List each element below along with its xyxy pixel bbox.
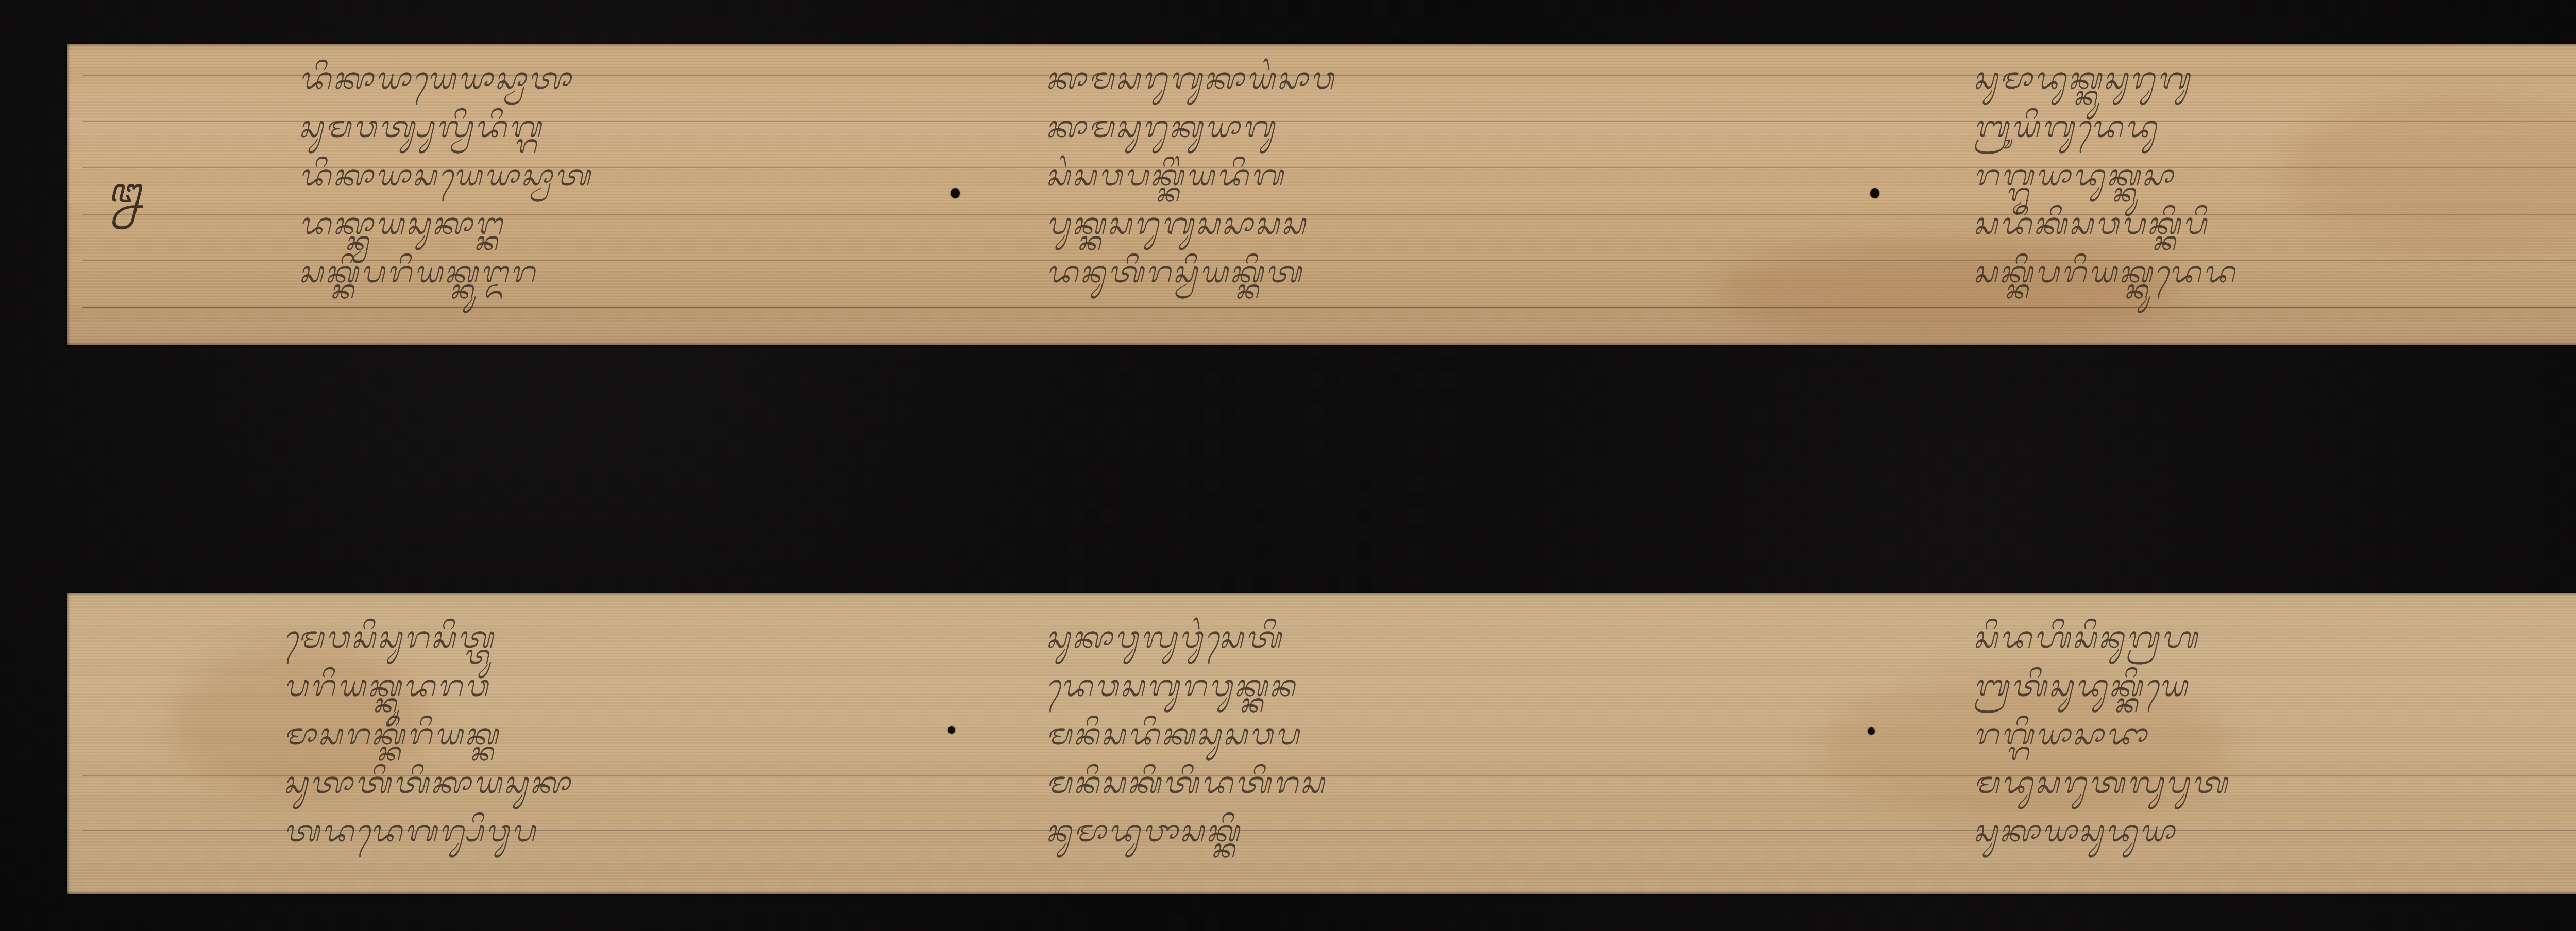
script-line: ᬩ᭄ᬭᬸᬬᬶᬕᬸᬤᬾᬤᬸ [1973, 103, 2237, 151]
script-line: ᬲᬶᬤᬳᬶᬲᬶᬦᬸᬕ᭄ᬭᬳ [1973, 613, 2229, 662]
script-line: ᬓᬵᬫᬲᬸᬭᬸᬓᬸᬬᬵᬕᬸ [1046, 103, 1336, 151]
page-number: ꧒ [108, 165, 141, 232]
text-column-3: ᬲᬶᬤᬳᬶᬲᬶᬦᬸᬕ᭄ᬭᬳ ᬩ᭄ᬭᬢᬶᬲᬸᬤᬸᬓ᭄ᬓᬶᬬᬾ ᬭᬕ᭄ᬕᬶᬬᬵᬲᬵᬤ… [1973, 613, 2229, 855]
text-column-1: ᬫᬾᬯᬲᬶᬲᬸᬭᬲᬶᬢ᭄ᬢᬸ ᬧᬭᬶᬬᬓ᭄ᬓᬸᬤᬭᬯ ᬫᬵᬲᬭᬓ᭄ᬓᬶᬭᬶᬬᬓ᭄… [283, 613, 572, 855]
margin-line [152, 54, 152, 335]
script-line: ᬢᬤᬤᬾᬕᬭ᭄ᬲᬶᬯᬸᬧ [283, 807, 572, 855]
ruled-line [82, 307, 2576, 308]
binding-hole [948, 726, 955, 734]
text-column-2: ᬲᬸᬓᬵᬯᬸᬮᬸᬯᬸᬂᬲᬾᬢᬶ ᬤᬾᬯᬲᬕᬸᬭᬯᬸᬓ᭄ᬓᬦ ᬫᬦᬶᬲᬤᬶᬓᬲᬸᬲ… [1046, 613, 1326, 855]
script-line: ᬤᬶᬓᬵᬬᬵᬲᬬᬾᬬᬵᬲ᭄ᬯᬵᬢ [299, 151, 592, 199]
script-line: ᬲᬸᬓᬵᬯᬸᬮᬸᬯᬸᬂᬲᬾᬢᬶ [1046, 613, 1326, 662]
script-line: ᬲᬂᬲᬯᬧᬓ᭄ᬓᬶᬂᬬᬤᬶᬕ [1046, 151, 1336, 199]
script-line: ᬲᬓ᭄ᬓᬶᬧᬭᬶᬬᬓ᭄ᬓᬸᬤᬾᬤ [1973, 248, 2237, 296]
script-line: ᬫᬾᬯᬲᬶᬲᬸᬭᬲᬶᬢ᭄ᬢᬸ [283, 613, 572, 662]
script-line: ᬲᬓ᭄ᬓᬶᬧᬭᬶᬬᬓ᭄ᬓᬸᬗ᭄ᬤᬭ [299, 248, 592, 296]
script-line: ᬫᬵᬲᬭᬓ᭄ᬓᬶᬭᬶᬬᬓ᭄ᬓ [283, 710, 572, 758]
script-line: ᬫᬦᬶᬲᬤᬶᬓᬲᬸᬲᬯᬧ [1046, 710, 1326, 758]
text-column-2: ᬓᬵᬫᬲᬭᬸᬕᬸᬓᬵᬬᬂᬲᬵᬯ ᬓᬵᬫᬲᬸᬭᬸᬓᬸᬬᬵᬕᬸ ᬲᬂᬲᬯᬧᬓ᭄ᬓᬶᬂ… [1046, 54, 1336, 296]
script-line: ᬫᬤᬸᬲᬭᬸᬢᬮᬸᬧᬸᬢ [1973, 758, 2229, 807]
script-line: ᬤᬶᬓᬵᬬᬵᬬᬾᬬᬵᬲ᭄ᬯᬵᬢᬵ [299, 54, 592, 103]
script-line: ᬦᬸᬫᬵᬤᬸᬯᬵᬲᬓ᭄ᬓᬶ [1046, 807, 1326, 855]
text-column-1: ᬤᬶᬓᬵᬬᬵᬬᬾᬬᬵᬲ᭄ᬯᬵᬢᬵ ᬲᬸᬫᬯᬢ᭄ᬲᬸᬮ᭄ᬯᬶᬤᬶᬕ᭄ᬕ ᬤᬶᬓᬵᬬ… [299, 54, 592, 296]
script-line: ᬫᬦᬶᬲᬓᬶᬢᬶᬤᬢᬶᬭᬲ [1046, 758, 1326, 807]
script-line: ᬩ᭄ᬭᬢᬶᬲᬸᬤᬸᬓ᭄ᬓᬶᬬᬾ [1973, 662, 2229, 710]
binding-hole [1868, 727, 1875, 735]
binding-hole [1870, 188, 1879, 198]
script-line: ᬲᬤᬶᬓᬶᬲᬯᬧᬓ᭄ᬓᬶᬧᬶ [1973, 199, 2237, 248]
script-line: ᬓᬵᬫᬲᬭᬸᬕᬸᬓᬵᬬᬂᬲᬵᬯ [1046, 54, 1336, 103]
binding-hole [951, 188, 960, 198]
script-line: ᬤᬾᬯᬲᬕᬸᬭᬯᬸᬓ᭄ᬓᬦ [1046, 662, 1326, 710]
text-column-3: ᬲᬸᬫᬵᬤᬸᬓ᭄ᬓᬸᬲᬸᬭᬸᬕᬸ ᬩ᭄ᬭᬸᬬᬶᬕᬸᬤᬾᬤᬸ ᬭᬕ᭄ᬕ᭄ᬯᬬᬵᬤᬸ… [1973, 54, 2237, 296]
script-line: ᬲᬸᬢᬵᬢᬶᬢᬶᬓᬵᬬᬲᬸᬓᬵ [283, 758, 572, 807]
script-line: ᬲᬸᬫᬵᬤᬸᬓ᭄ᬓᬸᬲᬸᬭᬸᬕᬸ [1973, 54, 2237, 103]
script-line: ᬤᬓ᭄ᬓ᭄ᬯᬵᬬᬲᬸᬓᬵᬗ᭄ᬓ [299, 199, 592, 248]
script-line: ᬭᬕ᭄ᬕᬶᬬᬵᬲᬵᬤᬵ [1973, 710, 2229, 758]
palm-leaf-bottom: ᬫᬾᬯᬲᬶᬲᬸᬭᬲᬶᬢ᭄ᬢᬸ ᬧᬭᬶᬬᬓ᭄ᬓᬸᬤᬭᬯ ᬫᬵᬲᬭᬓ᭄ᬓᬶᬭᬶᬬᬓ᭄… [67, 593, 2576, 894]
palm-leaf-top: ꧒ ᬤᬶᬓᬵᬬᬵᬬᬾᬬᬵᬲ᭄ᬯᬵᬢᬵ ᬲᬸᬫᬯᬢ᭄ᬲᬸᬮ᭄ᬯᬶᬤᬶᬕ᭄ᬕ ᬤᬶᬓ… [67, 44, 2576, 345]
script-line: ᬧᬸᬓ᭄ᬓᬲᬭᬸᬕᬸᬲᬲᬵᬲᬲ [1046, 199, 1336, 248]
script-line: ᬭᬕ᭄ᬕ᭄ᬯᬬᬵᬤᬸᬓ᭄ᬓᬸᬲᬵ [1973, 151, 2237, 199]
script-line: ᬤᬦᬸᬢᬶᬭᬲ᭄ᬯᬶᬬᬓ᭄ᬓᬶᬢ [1046, 248, 1336, 296]
script-line: ᬲᬸᬫᬯᬢ᭄ᬲᬸᬮ᭄ᬯᬶᬤᬶᬕ᭄ᬕ [299, 103, 592, 151]
script-line: ᬧᬭᬶᬬᬓ᭄ᬓᬸᬤᬭᬯ [283, 662, 572, 710]
script-line: ᬲᬸᬓᬵᬬᬵᬲᬸᬤᬸᬬᬵ [1973, 807, 2229, 855]
